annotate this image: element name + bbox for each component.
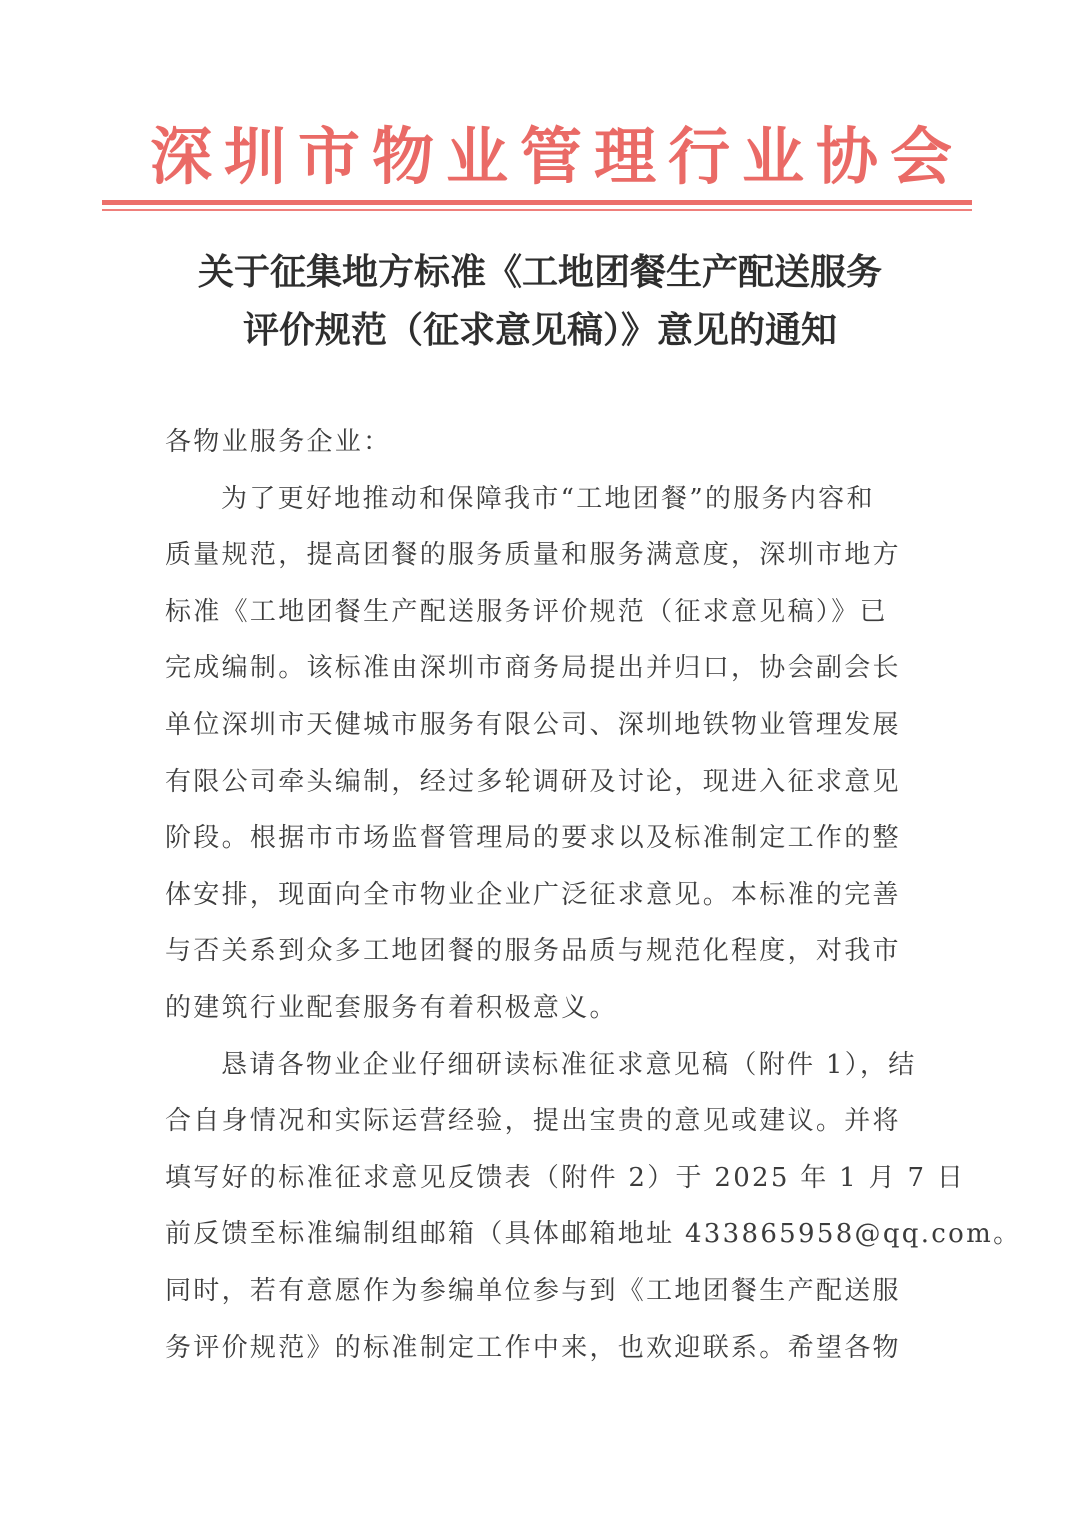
paragraph-line: 标准《工地团餐生产配送服务评价规范（征求意见稿）》已 [165,584,945,641]
paragraph-2: 恳请各物业企业仔细研读标准征求意见稿（附件 1），结 合自身情况和实际运营经验，… [165,1037,945,1377]
paragraph-line: 恳请各物业企业仔细研读标准征求意见稿（附件 1），结 [165,1037,945,1094]
paragraph-line: 与否关系到众多工地团餐的服务品质与规范化程度，对我市 [165,923,945,980]
paragraph-line: 合自身情况和实际运营经验，提出宝贵的意见或建议。并将 [165,1093,945,1150]
paragraph-line: 单位深圳市天健城市服务有限公司、深圳地铁物业管理发展 [165,697,945,754]
paragraph-line: 为了更好地推动和保障我市“工地团餐”的服务内容和 [165,471,945,528]
paragraph-line: 体安排，现面向全市物业企业广泛征求意见。本标准的完善 [165,867,945,924]
paragraph-line: 同时，若有意愿作为参编单位参与到《工地团餐生产配送服 [165,1263,945,1320]
paragraph-line: 务评价规范》的标准制定工作中来，也欢迎联系。希望各物 [165,1320,945,1377]
letterhead: 深圳市物业管理行业协会 [100,112,972,222]
paragraph-line: 质量规范，提高团餐的服务质量和服务满意度，深圳市地方 [165,527,945,584]
paragraph-line: 完成编制。该标准由深圳市商务局提出并归口，协会副会长 [165,640,945,697]
document-title-line-1: 关于征集地方标准《工地团餐生产配送服务 [110,244,970,302]
paragraph-line-email: 前反馈至标准编制组邮箱（具体邮箱地址 433865958@qq.com。 [165,1206,945,1263]
paragraph-line: 有限公司牵头编制，经过多轮调研及讨论，现进入征求意见 [165,754,945,811]
document-body: 各物业服务企业： 为了更好地推动和保障我市“工地团餐”的服务内容和 质量规范，提… [165,414,945,1376]
paragraph-line: 的建筑行业配套服务有着积极意义。 [165,980,945,1037]
document-title: 关于征集地方标准《工地团餐生产配送服务 评价规范（征求意见稿）》意见的通知 [110,244,970,360]
salutation: 各物业服务企业： [165,414,945,471]
paragraph-line: 填写好的标准征求意见反馈表（附件 2）于 2025 年 1 月 7 日 [165,1150,945,1207]
organization-name: 深圳市物业管理行业协会 [150,118,940,196]
letterhead-divider-thick [102,200,972,205]
paragraph-1: 为了更好地推动和保障我市“工地团餐”的服务内容和 质量规范，提高团餐的服务质量和… [165,471,945,1037]
document-title-line-2: 评价规范（征求意见稿）》意见的通知 [110,302,970,360]
letterhead-divider-thin [102,209,972,211]
paragraph-line: 阶段。根据市市场监督管理局的要求以及标准制定工作的整 [165,810,945,867]
